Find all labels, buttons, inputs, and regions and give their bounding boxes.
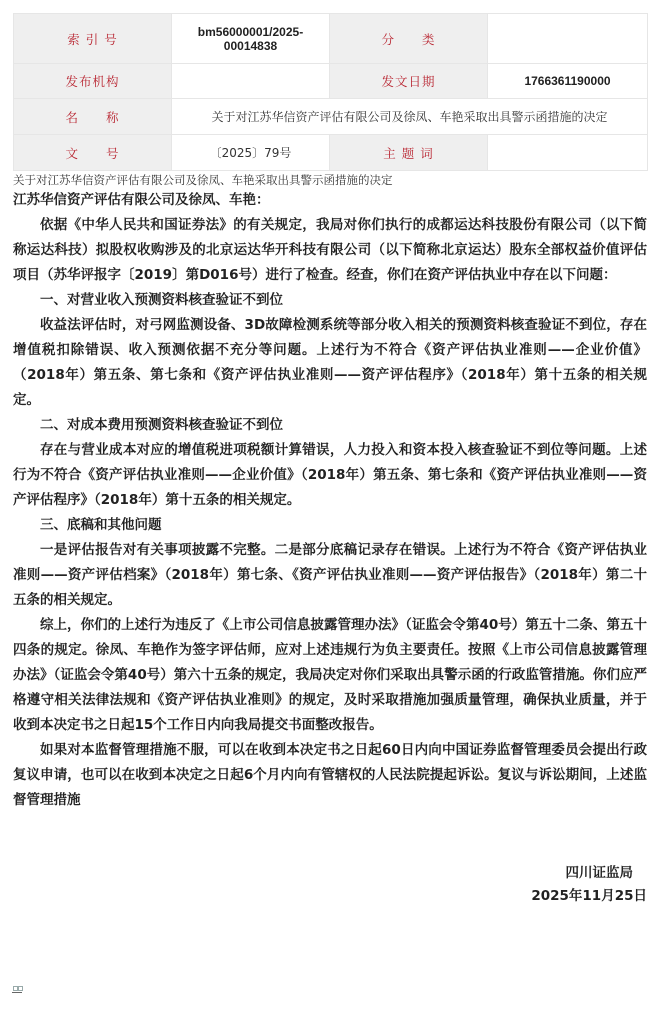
issue-date-value: 1766361190000: [488, 64, 648, 99]
broken-image-icon: [12, 985, 22, 993]
section-heading-3: 三、底稿和其他问题: [13, 513, 647, 538]
paragraph-section-2: 存在与营业成本对应的增值税进项税额计算错误，人力投入和资本投入核查验证不到位等问…: [13, 438, 647, 513]
title-label: 名 称: [14, 99, 172, 135]
signature-block: 四川证监局 2025年11月25日: [531, 862, 647, 908]
meta-row-title: 名 称 关于对江苏华信资产评估有限公司及徐凤、车艳采取出具警示函措施的决定: [14, 99, 648, 135]
issuing-authority: 四川证监局: [531, 862, 647, 885]
document-body: 江苏华信资产评估有限公司及徐凤、车艳： 依据《中华人民共和国证券法》的有关规定，…: [13, 188, 647, 813]
document-caption: 关于对江苏华信资产评估有限公司及徐凤、车艳采取出具警示函措施的决定: [13, 172, 393, 188]
title-value: 关于对江苏华信资产评估有限公司及徐凤、车艳采取出具警示函措施的决定: [172, 99, 648, 135]
index-number-value: bm56000001/2025-00014838: [172, 14, 330, 64]
paragraph-conclusion: 综上，你们的上述行为违反了《上市公司信息披露管理办法》（证监会令第40号）第五十…: [13, 613, 647, 738]
keywords-value: [488, 135, 648, 171]
doc-number-label: 文 号: [14, 135, 172, 171]
meta-row-doc-number: 文 号 〔2025〕79号 主 题 词: [14, 135, 648, 171]
section-heading-2: 二、对成本费用预测资料核查验证不到位: [13, 413, 647, 438]
signature-date: 2025年11月25日: [531, 885, 647, 908]
paragraph-section-3: 一是评估报告对有关事项披露不完整。二是部分底稿记录存在错误。上述行为不符合《资产…: [13, 538, 647, 613]
category-label: 分 类: [330, 14, 488, 64]
index-number-label: 索 引 号: [14, 14, 172, 64]
section-heading-1: 一、对营业收入预测资料核查验证不到位: [13, 288, 647, 313]
paragraph-section-1: 收益法评估时，对弓网监测设备、3D故障检测系统等部分收入相关的预测资料核查验证不…: [13, 313, 647, 413]
document-metadata-table: 索 引 号 bm56000001/2025-00014838 分 类 发布机构 …: [13, 13, 648, 171]
doc-number-value: 〔2025〕79号: [172, 135, 330, 171]
paragraph-appeal: 如果对本监督管理措施不服，可以在收到本决定书之日起60日内向中国证券监督管理委员…: [13, 738, 647, 813]
paragraph-intro: 依据《中华人民共和国证券法》的有关规定，我局对你们执行的成都运达科技股份有限公司…: [13, 213, 647, 288]
meta-row-publisher: 发布机构 发文日期 1766361190000: [14, 64, 648, 99]
meta-row-index: 索 引 号 bm56000001/2025-00014838 分 类: [14, 14, 648, 64]
category-value: [488, 14, 648, 64]
issue-date-label: 发文日期: [330, 64, 488, 99]
keywords-label: 主 题 词: [330, 135, 488, 171]
publisher-label: 发布机构: [14, 64, 172, 99]
addressee: 江苏华信资产评估有限公司及徐凤、车艳：: [13, 188, 647, 213]
publisher-value: [172, 64, 330, 99]
